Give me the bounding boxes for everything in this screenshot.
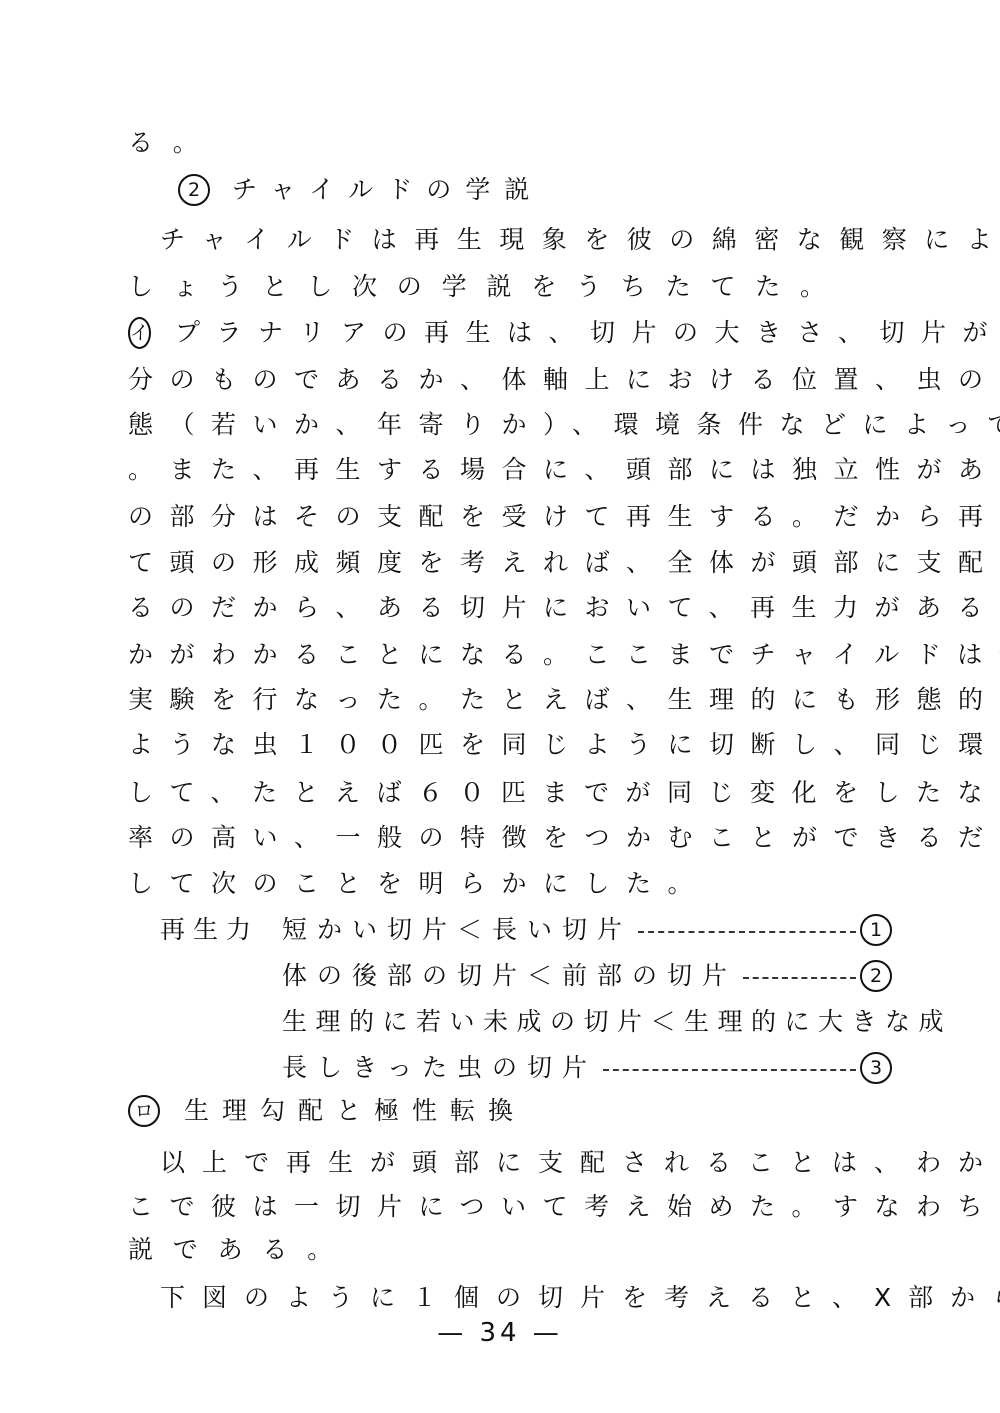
text-line: 以上で再生が頭部に支配されることは、わかった。そ: [160, 1140, 930, 1186]
subsection-title: 生理勾配と極性転換: [184, 1088, 526, 1134]
text-line: る。: [128, 120, 898, 166]
comparison-text: 生理的に若い未成の切片＜生理的に大きな成: [282, 999, 892, 1045]
comparison-text: 短かい切片＜長い切片: [282, 907, 632, 953]
comparison-text: 長しきった虫の切片: [282, 1045, 597, 1091]
circled-number-marker: 1: [860, 914, 892, 946]
text-line: しょうとし次の学説をうちたてた。: [128, 264, 898, 310]
comparison-text: 体の後部の切片＜前部の切片: [282, 953, 737, 999]
list-item-i: イ プラナリアの再生は、切片の大きさ、切片がどの部: [128, 310, 898, 356]
text-line: ような虫１００匹を同じように切断し、同じ環境で観察: [128, 722, 898, 768]
text-line: るのだから、ある切片において、再生力があるか、ない: [128, 585, 898, 631]
circled-number-marker: 3: [860, 1052, 892, 1084]
text-line: して次のことを明らかにした。: [128, 861, 898, 907]
page-number: — 34 —: [0, 1318, 1000, 1348]
comparison-row: 短かい切片＜長い切片 1: [282, 907, 892, 953]
dotted-leader: [638, 931, 856, 933]
regeneration-label: 再生力: [160, 907, 270, 953]
text-line: チャイルドは再生現象を彼の綿密な観察によって究明: [160, 217, 930, 263]
text-line: 率の高い、一般の特徴をつかむことができるだろう。そ: [128, 815, 898, 861]
circled-number-marker: 2: [178, 174, 210, 206]
text-line: 下図のように１個の切片を考えると、X部から頭が生: [160, 1275, 930, 1321]
text-line: こで彼は一切片について考え始めた。すなわち生理勾配: [128, 1184, 898, 1230]
text-line: して、たとえば６０匹までが同じ変化をしたならば、確: [128, 770, 898, 816]
section-title: チャイルドの学説: [232, 167, 543, 213]
text-line: 。また、再生する場合に、頭部には独立性があって、他: [128, 447, 898, 493]
text-line: 分のものであるか、体軸上における位置、虫の生理的状: [128, 357, 898, 403]
text-line: 実験を行なった。たとえば、生理的にも形態的にも同じ: [128, 677, 898, 723]
text-line: て頭の形成頻度を考えれば、全体が頭部に支配されてい: [128, 540, 898, 586]
list-item-ro: ロ 生理勾配と極性転換: [128, 1088, 898, 1134]
text-line: 態（若いか、年寄りか）、環境条件などによって異なる: [128, 402, 898, 448]
comparison-row: 体の後部の切片＜前部の切片 2: [282, 953, 892, 999]
text-line: 説である。: [128, 1227, 898, 1273]
circled-katakana-marker: イ: [128, 317, 151, 349]
comparison-row: 長しきった虫の切片 3: [282, 1045, 892, 1091]
circled-number-marker: 2: [860, 960, 892, 992]
dotted-leader: [603, 1069, 856, 1071]
circled-katakana-marker: ロ: [128, 1095, 160, 1127]
section-heading: 2 チャイルドの学説: [178, 167, 948, 213]
list-item-text: プラナリアの再生は、切片の大きさ、切片がどの部: [175, 310, 1000, 356]
text-line: かがわかることになる。ここまでチャイルドは予想し、: [128, 632, 898, 678]
dotted-leader: [743, 977, 856, 979]
text-line: の部分はその支配を受けて再生する。だから再生におい: [128, 494, 898, 540]
